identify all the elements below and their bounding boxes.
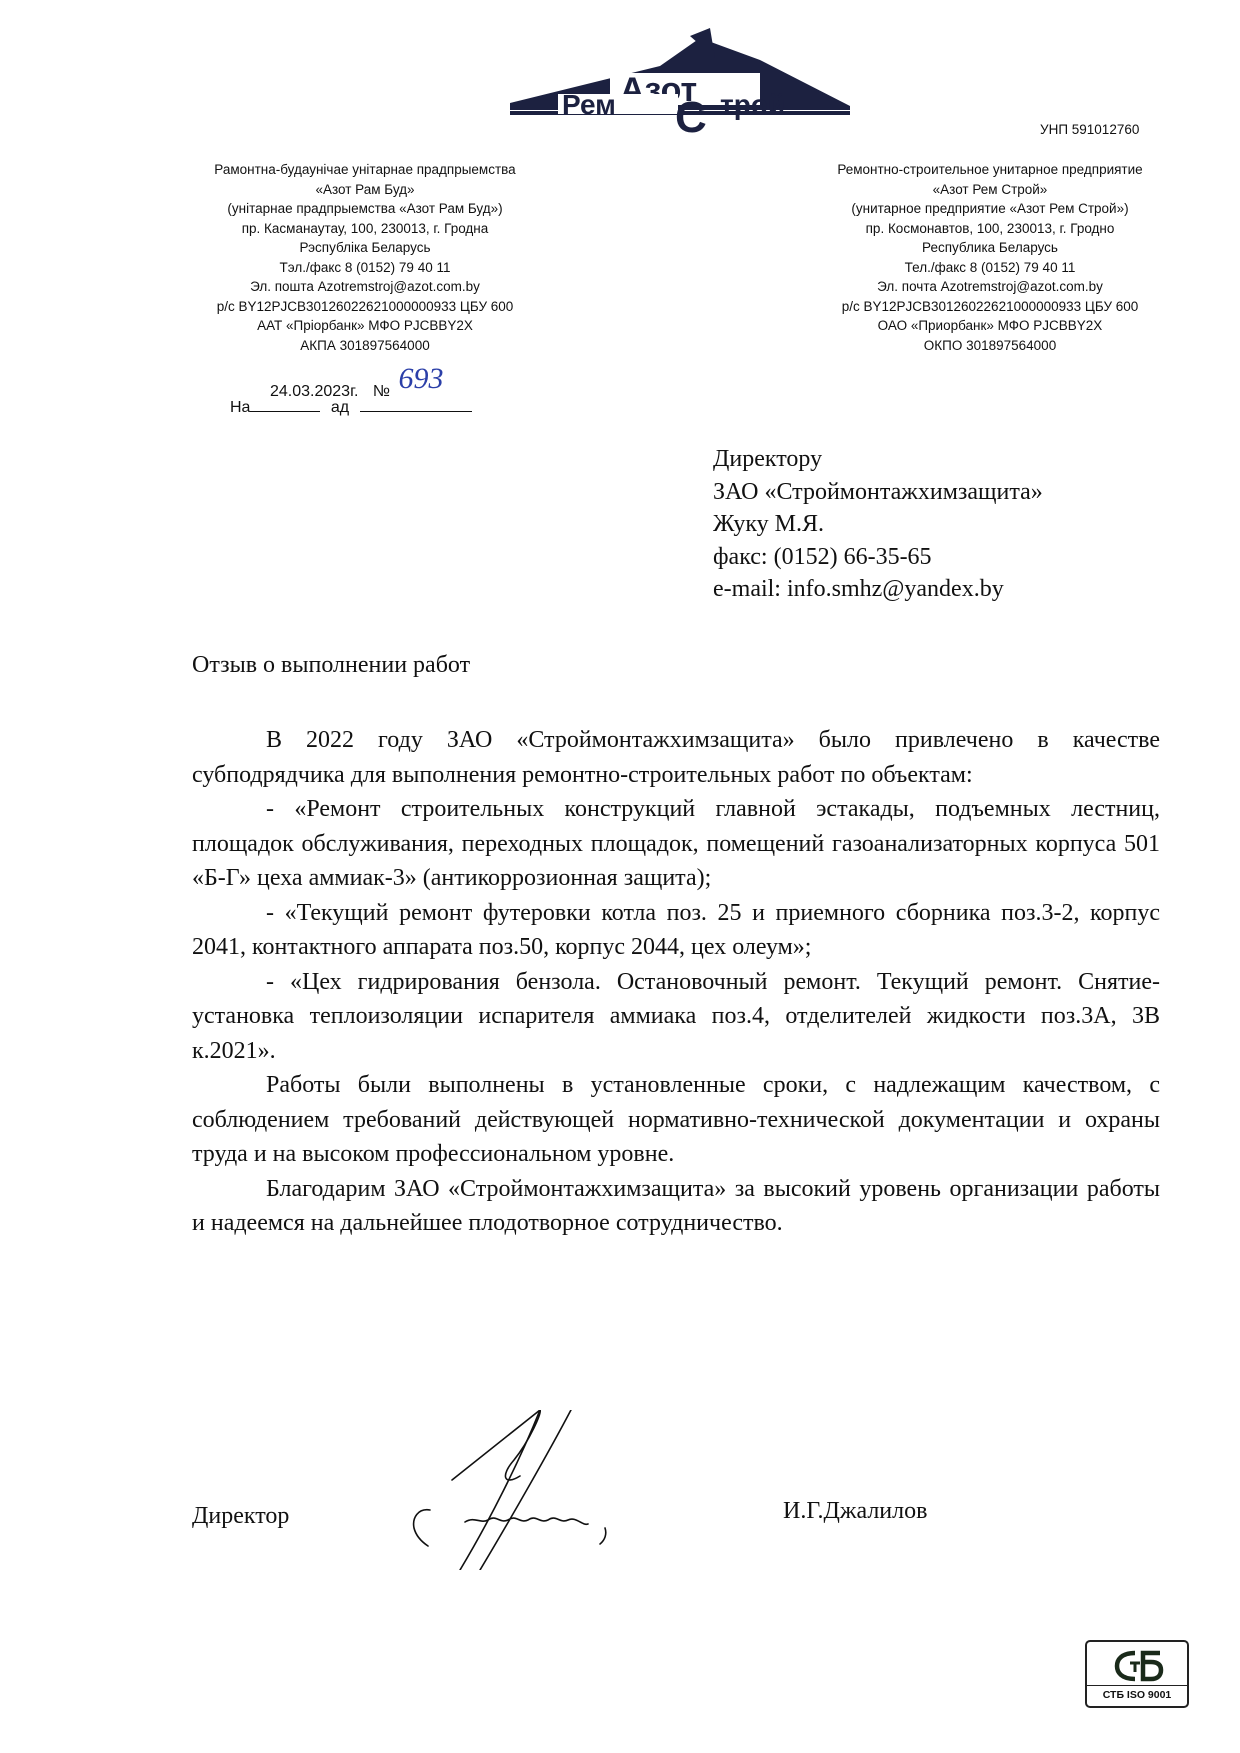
ref-middle: ад [331,399,349,416]
addressee-line: Директору [713,443,1043,476]
ref-prefix: На [230,399,250,416]
letterhead-line: Рэспубліка Беларусь [160,238,570,258]
letter-body: В 2022 году ЗАО «Строймонтажхимзащита» б… [192,723,1160,1241]
company-logo: Азот Рем С трой [510,28,850,146]
letterhead-line: ОКПО 301897564000 [780,336,1200,356]
letterhead-line: Эл. почта Azotremstroj@azot.com.by [780,277,1200,297]
letterhead-left-block: Рамонтна-будаунічае унітарнае прадпрыемс… [160,160,570,355]
body-quality: Работы были выполнены в установленные ср… [192,1068,1160,1172]
letterhead-right-block: Ремонтно-строительное унитарное предприя… [780,160,1200,355]
letterhead-line: Ремонтно-строительное унитарное предприя… [780,160,1200,180]
letterhead-line: ОАО «Приорбанк» МФО PJCBBY2X [780,316,1200,336]
letterhead-line: Эл. пошта Azotremstroj@azot.com.by [160,277,570,297]
ref-date-blank [360,397,472,412]
letterhead-line: Тел./факс 8 (0152) 79 40 11 [780,258,1200,278]
letterhead-line: АКПА 301897564000 [160,336,570,356]
outgoing-number: 693 [398,362,443,395]
svg-text:трой: трой [720,89,785,120]
handwritten-signature [400,1410,700,1570]
reference-row: На ад [230,397,472,417]
letterhead-line: «Азот Рем Строй» [780,180,1200,200]
iso-certification-badge: СТБ ISO 9001 [1085,1640,1189,1708]
letter-subject: Отзыв о выполнении работ [192,652,470,679]
svg-text:С: С [675,93,707,142]
letterhead-line: ААТ «Пріорбанк» МФО PJCBBY2X [160,316,570,336]
body-thanks: Благодарим ЗАО «Строймонтажхимзащита» за… [192,1172,1160,1241]
addressee-block: Директору ЗАО «Строймонтажхимзащита» Жук… [713,443,1043,606]
letterhead-line: (унітарнае прадпрыемства «Азот Рам Буд») [160,199,570,219]
letterhead-line: Тэл./факс 8 (0152) 79 40 11 [160,258,570,278]
body-item: - «Цех гидрирования бензола. Остановочны… [192,965,1160,1069]
body-item: - «Ремонт строительных конструкций главн… [192,792,1160,896]
letterhead-line: Рамонтна-будаунічае унітарнае прадпрыемс… [160,160,570,180]
stb-mark-icon [1113,1648,1165,1684]
iso-label: СТБ ISO 9001 [1087,1685,1187,1706]
letterhead-line: р/с BY12PJCB30126022621000000933 ЦБУ 600 [780,297,1200,317]
signatory-name: И.Г.Джалилов [783,1498,927,1525]
letterhead-line: пр. Космонавтов, 100, 230013, г. Гродно [780,219,1200,239]
addressee-email: e-mail: info.smhz@yandex.by [713,573,1043,606]
addressee-line: ЗАО «Строймонтажхимзащита» [713,476,1043,509]
addressee-line: Жуку М.Я. [713,508,1043,541]
letterhead-line: «Азот Рам Буд» [160,180,570,200]
letterhead-line: пр. Касманаутау, 100, 230013, г. Гродна [160,219,570,239]
signatory-title: Директор [192,1503,289,1530]
body-intro: В 2022 году ЗАО «Строймонтажхимзащита» б… [192,723,1160,792]
addressee-fax: факс: (0152) 66-35-65 [713,541,1043,574]
body-item: - «Текущий ремонт футеровки котла поз. 2… [192,896,1160,965]
letterhead-line: Республика Беларусь [780,238,1200,258]
svg-text:Рем: Рем [562,89,616,120]
letterhead-line: р/с BY12PJCB30126022621000000933 ЦБУ 600 [160,297,570,317]
letterhead-line: (унитарное предприятие «Азот Рем Строй») [780,199,1200,219]
unp-number: УНП 591012760 [1040,122,1139,137]
ref-number-blank [250,397,320,412]
